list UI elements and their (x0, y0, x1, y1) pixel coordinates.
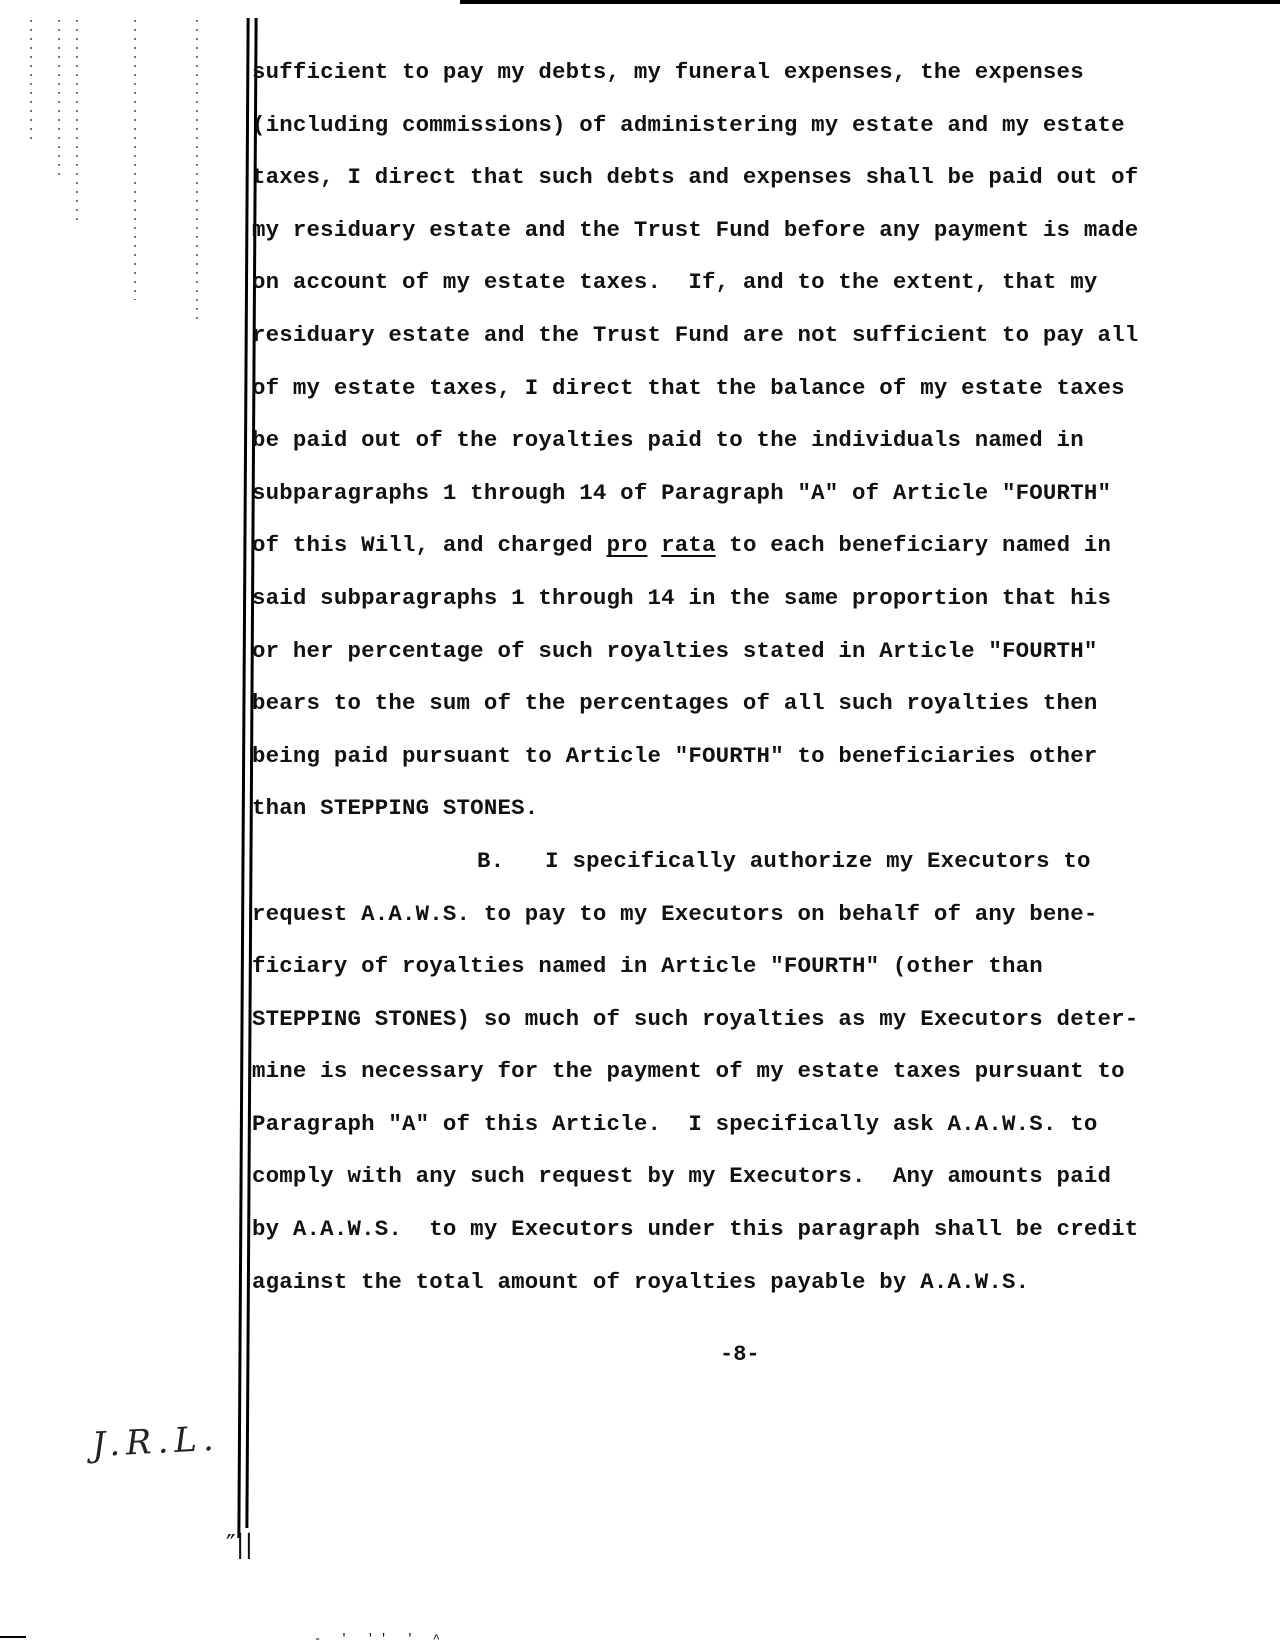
document-page: sufficient to pay my debts, my funeral e… (0, 0, 1280, 1648)
handwritten-initials: J.R.L. (91, 1419, 221, 1466)
underlined-rata: rata (661, 532, 716, 558)
text-fragment (647, 532, 661, 558)
text-line: or her percentage of such royalties stat… (252, 625, 1262, 678)
text-fragment: of this Will, and charged (252, 532, 607, 558)
paragraph-b-heading-line: B. I specifically authorize my Executors… (252, 835, 1262, 888)
text-line: Paragraph "A" of this Article. I specifi… (252, 1098, 1262, 1151)
margin-tick-mark: ″|| (226, 1530, 253, 1560)
text-line: STEPPING STONES) so much of such royalti… (252, 993, 1262, 1046)
text-line: subparagraphs 1 through 14 of Paragraph … (252, 467, 1262, 520)
text-line: residuary estate and the Trust Fund are … (252, 309, 1262, 362)
text-line: request A.A.W.S. to pay to my Executors … (252, 888, 1262, 941)
text-line: mine is necessary for the payment of my … (252, 1045, 1262, 1098)
underlined-pro: pro (607, 532, 648, 558)
text-line: comply with any such request by my Execu… (252, 1150, 1262, 1203)
text-line: bears to the sum of the percentages of a… (252, 677, 1262, 730)
scan-noise (134, 20, 136, 300)
text-line: by A.A.W.S. to my Executors under this p… (252, 1203, 1262, 1256)
text-line: my residuary estate and the Trust Fund b… (252, 204, 1262, 257)
text-line: be paid out of the royalties paid to the… (252, 414, 1262, 467)
text-line: of my estate taxes, I direct that the ba… (252, 362, 1262, 415)
scan-noise (30, 20, 32, 140)
text-line: sufficient to pay my debts, my funeral e… (252, 46, 1262, 99)
text-line: being paid pursuant to Article "FOURTH" … (252, 730, 1262, 783)
text-line-pro-rata: of this Will, and charged pro rata to ea… (252, 519, 1262, 572)
text-line: said subparagraphs 1 through 14 in the s… (252, 572, 1262, 625)
text-line: ficiary of royalties named in Article "F… (252, 940, 1262, 993)
text-line: against the total amount of royalties pa… (252, 1256, 1262, 1309)
text-line: taxes, I direct that such debts and expe… (252, 151, 1262, 204)
scan-noise (196, 20, 198, 320)
text-fragment: to each beneficiary named in (716, 532, 1111, 558)
page-number: -8- (720, 1342, 760, 1367)
bottom-scan-edge (0, 1636, 26, 1638)
footer-fragment: - ' '' ' ^ (314, 1632, 446, 1646)
text-line: (including commissions) of administering… (252, 99, 1262, 152)
text-line: than STEPPING STONES. (252, 782, 1262, 835)
scan-noise (76, 20, 78, 220)
top-scan-edge (460, 0, 1280, 4)
will-body-text: sufficient to pay my debts, my funeral e… (252, 46, 1262, 1308)
scan-noise (58, 20, 60, 180)
text-line: on account of my estate taxes. If, and t… (252, 256, 1262, 309)
